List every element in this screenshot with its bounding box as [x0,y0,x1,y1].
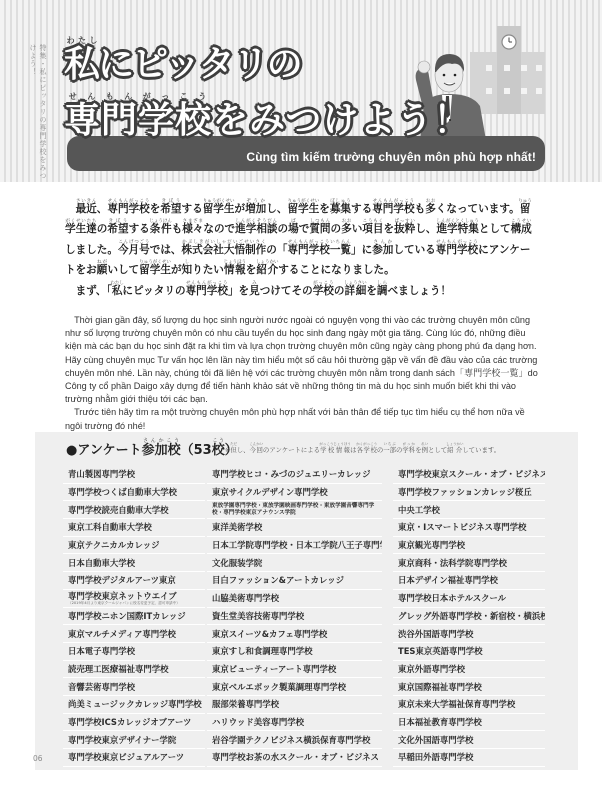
school-list-item: 服部栄養専門学校 [207,696,382,714]
school-name: 東京スイーツ&カフェ専門学校 [212,629,382,639]
school-name: 東京マルチメディア専門学校 [68,629,205,639]
school-name: 青山製図専門学校 [68,469,205,479]
school-name: 専門学校読売自動車大学校 [68,505,205,515]
school-list-item: 尚美ミュージックカレッジ専門学校 [63,696,205,714]
school-list-item: 東京サイクルデザイン専門学校 [207,484,382,502]
school-list-item: 資生堂美容技術専門学校 [207,608,382,626]
school-name: 資生堂美容技術専門学校 [212,611,382,621]
page-title-line-1: 私わたしにピッタリの [64,36,301,93]
school-name: グレッグ外語専門学校・新宿校・横浜校 [398,611,545,621]
school-list-item: 岩谷学園テクノビジネス横浜保育専門学校 [207,731,382,749]
school-name: 専門学校ニホン国際ITカレッジ [68,611,205,621]
school-list-column-3: 専門学校東京スクール・オブ・ビジネス 専門学校ファッションカレッジ桜丘 中央工学… [393,466,545,767]
school-list-item: 専門学校ファッションカレッジ桜丘 [393,484,545,502]
school-name: 専門学校ヒコ・みづのジュエリーカレッジ [212,469,382,479]
school-name: 日本自動車大学校 [68,558,205,568]
school-name: 東京工科自動車大学校 [68,522,205,532]
school-name: 東京観光専門学校 [398,540,545,550]
side-section-label: 特集・私にピッタリの専門学校をみつけよう！ [28,44,48,182]
school-list-item: 東洋美術学校 [207,519,382,537]
school-name: 東京・Iスマートビジネス専門学校 [398,522,545,532]
school-name: 尚美ミュージックカレッジ専門学校 [68,699,205,709]
page-subtitle-vietnamese: Cùng tìm kiếm trường chuyên môn phù hợp … [246,150,536,164]
school-list-item: 専門学校デジタルアーツ東京 [63,572,205,590]
school-name: 専門学校お茶の水スクール・オブ・ビジネス [212,752,382,762]
page-title-line-2: 専せん門もん学がっ校こうをみつけよう！ [64,92,470,150]
school-list-column-1: 青山製図専門学校 専門学校つくば自動車大学校 専門学校読売自動車大学校 東京工科… [63,466,205,767]
school-name: TES東京英語専門学校 [398,646,545,656]
school-list-item: 読売理工医療福祉専門学校 [63,661,205,679]
school-list-item: 文化外国語専門学校 [393,731,545,749]
school-name: 日本福祉教育専門学校 [398,717,545,727]
school-list-item: 早稲田外語専門学校 [393,749,545,767]
school-list-item: 専門学校東京ビジュアルアーツ [63,749,205,767]
school-list-item: 専門学校ニホン国際ITカレッジ [63,608,205,626]
school-list-item: 東京外語専門学校 [393,661,545,679]
school-list-item: 専門学校ICSカレッジオブアーツ [63,714,205,732]
school-name: 東京ビューティーアート専門学校 [212,664,382,674]
school-list-item: 東京ベルエポック製菓調理専門学校 [207,678,382,696]
school-list-item: 東京スイーツ&カフェ専門学校 [207,625,382,643]
school-name: ハリウッド美容専門学校 [212,717,382,727]
school-list-item: 文化服装学院 [207,554,382,572]
school-list-item: 東京未来大学福祉保育専門学校 [393,696,545,714]
intro-vietnamese-paragraph-1: Thời gian gần đây, số lượng du học sinh … [65,314,541,406]
school-name: 音響芸術専門学校 [68,682,205,692]
school-name: 専門学校東京ビジュアルアーツ [68,752,205,762]
school-name: 東京商科・法科学院専門学校 [398,558,545,568]
school-name: 東京外語専門学校 [398,664,545,674]
school-name: 早稲田外語専門学校 [398,752,545,762]
school-list-item: 中央工学校 [393,501,545,519]
school-list-item: TES東京英語専門学校 [393,643,545,661]
school-name: 読売理工医療福祉専門学校 [68,664,205,674]
school-list-item: 東京テクニカルカレッジ [63,537,205,555]
school-name: 東京サイクルデザイン専門学校 [212,487,382,497]
school-name: 専門学校デジタルアーツ東京 [68,575,205,585]
intro-japanese-paragraph-1: 最近さいきん、専門学校せんもんがっこうを希望きぼうする留学生りゅうがくせいが増加… [65,199,538,281]
school-name: 目白ファッション&アートカレッジ [212,575,382,585]
school-name: 山脇美術専門学校 [212,593,382,603]
school-list-item: 目白ファッション&アートカレッジ [207,572,382,590]
school-name: 東京ベルエポック製菓調理専門学校 [212,682,382,692]
intro-japanese: 最近さいきん、専門学校せんもんがっこうを希望きぼうする留学生りゅうがくせいが増加… [65,199,538,301]
intro-japanese-paragraph-2: まず、「私わたしにピッタリの専門学校せんもんがっこう」を見みつけてその学校がっこ… [65,281,538,301]
school-list-item: 東京・Iスマートビジネス専門学校 [393,519,545,537]
school-name: 東放学園専門学校・東放学園映画専門学校・東放学園音響専門学校・専門学校東京アナウ… [212,503,382,516]
school-list-item: 東京マルチメディア専門学校 [63,625,205,643]
school-list-item: 専門学校ヒコ・みづのジュエリーカレッジ [207,466,382,484]
participating-schools-heading: ●アンケート参加校さんかこう（53校こう） [66,438,238,464]
school-note: （2019年4月より東京クールジャパンに校名変更予定、認可申請中） [68,601,205,605]
school-list-item: 日本電子専門学校 [63,643,205,661]
school-list-item: 東放学園専門学校・東放学園映画専門学校・東放学園音響専門学校・専門学校東京アナウ… [207,501,382,519]
school-name: 渋谷外国語専門学校 [398,629,545,639]
school-list-item: 東京すし和食調理専門学校 [207,643,382,661]
school-list-item: 専門学校お茶の水スクール・オブ・ビジネス [207,749,382,767]
school-list-item: グレッグ外語専門学校・新宿校・横浜校 [393,608,545,626]
school-list-item: 日本デザイン福祉専門学校 [393,572,545,590]
school-name: 東京すし和食調理専門学校 [212,646,382,656]
school-name: 日本デザイン福祉専門学校 [398,575,545,585]
school-list-item: 日本自動車大学校 [63,554,205,572]
school-name: 中央工学校 [398,505,545,515]
school-name: 専門学校東京デザイナー学院 [68,735,205,745]
participating-schools-panel: ●アンケート参加校さんかこう（53校こう） ※但ただし、今回こんかいのアンケート… [35,432,578,770]
school-name: 東京未来大学福祉保育専門学校 [398,699,545,709]
feature-header: 特集・私にピッタリの専門学校をみつけよう！ 私わたしにピッタリの 専せん門もん学… [0,0,602,182]
school-list-column-2: 専門学校ヒコ・みづのジュエリーカレッジ 東京サイクルデザイン専門学校 東放学園専… [207,466,382,767]
school-name: 岩谷学園テクノビジネス横浜保育専門学校 [212,735,382,745]
school-name: 東京テクニカルカレッジ [68,540,205,550]
school-list-item: 青山製図専門学校 [63,466,205,484]
school-name: 文化外国語専門学校 [398,735,545,745]
school-list-item: 専門学校つくば自動車大学校 [63,484,205,502]
school-list-item: 日本福祉教育専門学校 [393,714,545,732]
school-name: 専門学校東京スクール・オブ・ビジネス [398,469,545,479]
school-list-item: 専門学校東京デザイナー学院 [63,731,205,749]
school-name: 東洋美術学校 [212,522,382,532]
school-list-item: 音響芸術専門学校 [63,678,205,696]
school-list-item: ハリウッド美容専門学校 [207,714,382,732]
school-list-item: 山脇美術専門学校 [207,590,382,608]
school-list-item: 日本工学院専門学校・日本工学院八王子専門学校 [207,537,382,555]
school-name: 東京国際福祉専門学校 [398,682,545,692]
school-name: 日本電子専門学校 [68,646,205,656]
school-name: 日本工学院専門学校・日本工学院八王子専門学校 [212,540,382,550]
page-number: 06 [33,754,43,763]
school-name: 服部栄養専門学校 [212,699,382,709]
school-list-item: 東京国際福祉専門学校 [393,678,545,696]
school-list-item: 東京商科・法科学院専門学校 [393,554,545,572]
school-name: 専門学校東京ネットウエイブ [68,591,205,601]
school-list-item: 渋谷外国語専門学校 [393,625,545,643]
intro-vietnamese: Thời gian gần đây, số lượng du học sinh … [65,314,541,433]
intro-vietnamese-paragraph-2: Trước tiên hãy tìm ra một trường chuyên … [65,406,541,432]
school-list-item: 専門学校読売自動車大学校 [63,501,205,519]
school-name: 専門学校ICSカレッジオブアーツ [68,717,205,727]
school-list-item: 東京ビューティーアート専門学校 [207,661,382,679]
school-name: 専門学校つくば自動車大学校 [68,487,205,497]
school-list-item: 東京工科自動車大学校 [63,519,205,537]
school-name: 専門学校ファッションカレッジ桜丘 [398,487,545,497]
school-list-item: 専門学校東京ネットウエイブ （2019年4月より東京クールジャパンに校名変更予定… [63,590,205,608]
school-list-item: 東京観光専門学校 [393,537,545,555]
school-name: 専門学校日本ホテルスクール [398,593,545,603]
school-list-item: 専門学校日本ホテルスクール [393,590,545,608]
school-list-item: 専門学校東京スクール・オブ・ビジネス [393,466,545,484]
participating-schools-note: ※但ただし、今回こんかいのアンケートによる学校情報がっこうじょうほうは各学校かく… [225,442,500,458]
school-name: 文化服装学院 [212,558,382,568]
